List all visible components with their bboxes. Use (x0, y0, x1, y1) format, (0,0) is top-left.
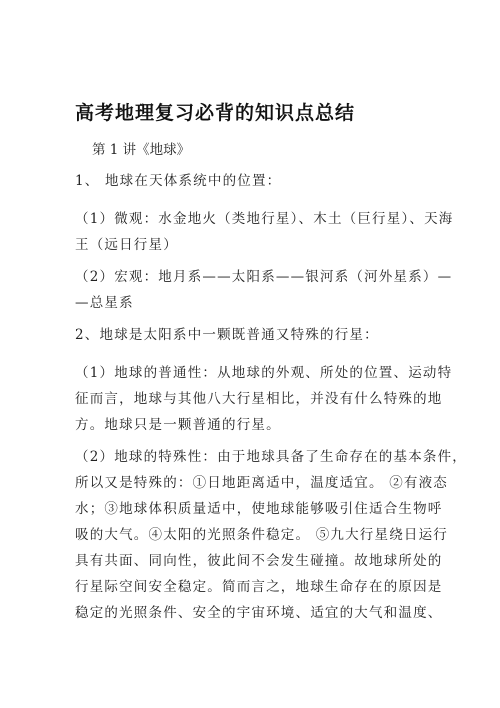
text-line: 方。地球只是一颗普通的行星。 (75, 412, 435, 438)
document-title: 高考地理复习必背的知识点总结 (75, 98, 355, 125)
text-line: 稳定的光照条件、安全的宇宙环境、适宜的大气和温度、 (75, 600, 435, 626)
paragraph-specialness: （2）地球的特殊性：由于地球具备了生命存在的基本条件， 所以又是特殊的：①日地距… (75, 444, 435, 626)
text-line: （1）微观：水金地火（类地行星）、木土（巨行星）、天海 (75, 206, 435, 232)
paragraph-micro-view: （1）微观：水金地火（类地行星）、木土（巨行星）、天海 王（远日行星） (75, 206, 435, 258)
text-line: 水；③地球体积质量适中，使地球能够吸引住适合生物呼 (75, 496, 435, 522)
text-line: 所以又是特殊的：①日地距离适中，温度适宜。 ②有液态 (75, 470, 435, 496)
text-line: 1、 地球在天体系统中的位置： (75, 168, 435, 194)
text-line: 2、地球是太阳系中一颗既普通又特殊的行星： (75, 322, 435, 348)
text-line: 具有共面、同向性，彼此间不会发生碰撞。故地球所处的 (75, 548, 435, 574)
lecture-subtitle: 第 1 讲《地球》 (92, 138, 190, 158)
document-page: 高考地理复习必背的知识点总结 第 1 讲《地球》 1、 地球在天体系统中的位置：… (0, 0, 500, 708)
text-line: （2）地球的特殊性：由于地球具备了生命存在的基本条件， (75, 444, 435, 470)
section-1-heading: 1、 地球在天体系统中的位置： (75, 168, 435, 194)
section-2-heading: 2、地球是太阳系中一颗既普通又特殊的行星： (75, 322, 435, 348)
paragraph-macro-view: （2）宏观：地月系——太阳系——银河系（河外星系）— —总星系 (75, 264, 435, 316)
text-line: —总星系 (75, 290, 435, 316)
text-line: 吸的大气。④太阳的光照条件稳定。 ⑤九大行星绕日运行 (75, 522, 435, 548)
text-line: 征而言，地球与其他八大行星相比，并没有什么特殊的地 (75, 386, 435, 412)
text-line: 行星际空间安全稳定。简而言之，地球生命存在的原因是 (75, 574, 435, 600)
text-line: 王（远日行星） (75, 232, 435, 258)
text-line: （1）地球的普通性：从地球的外观、所处的位置、运动特 (75, 360, 435, 386)
text-line: （2）宏观：地月系——太阳系——银河系（河外星系）— (75, 264, 435, 290)
paragraph-ordinariness: （1）地球的普通性：从地球的外观、所处的位置、运动特 征而言，地球与其他八大行星… (75, 360, 435, 438)
